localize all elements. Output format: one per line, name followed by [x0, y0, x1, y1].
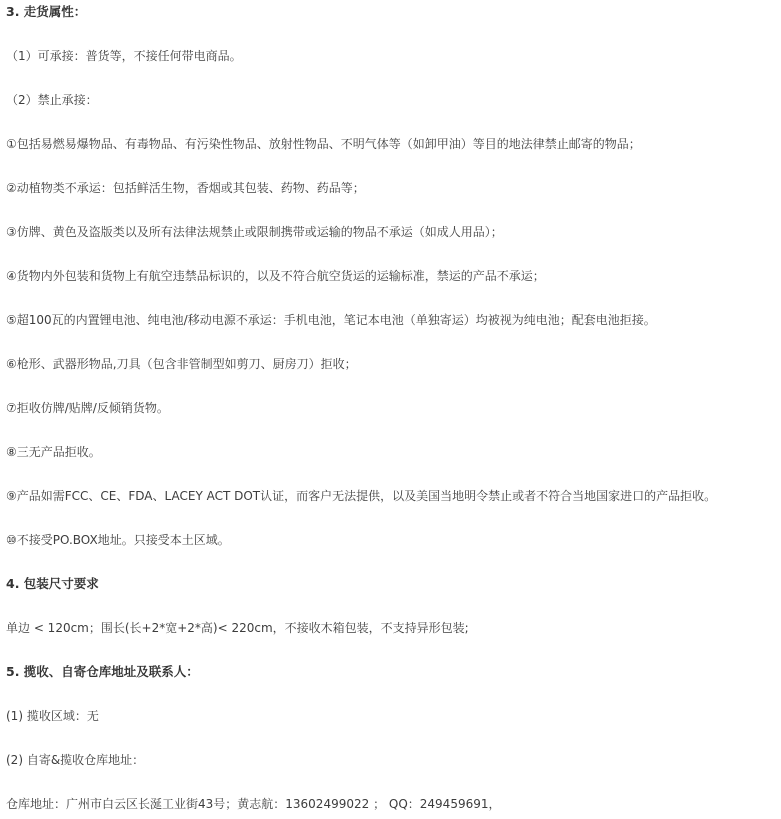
forbidden-item-4: ④货物内外包装和货物上有航空违禁品标识的，以及不符合航空货运的运输标准，禁运的产…	[6, 268, 545, 284]
forbidden-item-3: ③仿牌、黄色及盗版类以及所有法律法规禁止或限制携带或运输的物品不承运（如成人用品…	[6, 224, 503, 240]
can-accept-text: （1）可承接：普货等，不接任何带电商品。	[6, 48, 242, 64]
warehouse-title: (2) 自寄&揽收仓库地址：	[6, 752, 144, 768]
forbidden-item-8: ⑧三无产品拒收。	[6, 444, 101, 460]
forbidden-item-5: ⑤超100瓦的内置锂电池、纯电池/移动电源不承运：手机电池，笔记本电池（单独寄运…	[6, 312, 656, 328]
section-5-heading: 5. 揽收、自寄仓库地址及联系人：	[6, 664, 199, 680]
forbidden-title: （2）禁止承接：	[6, 92, 98, 108]
forbidden-item-6: ⑥枪形、武器形物品,刀具（包含非管制型如剪刀、厨房刀）拒收；	[6, 356, 357, 372]
section-4-heading: 4. 包装尺寸要求	[6, 576, 99, 592]
forbidden-item-9: ⑨产品如需FCC、CE、FDA、LACEY ACT DOT认证，而客户无法提供，…	[6, 488, 716, 504]
forbidden-item-10: ⑩不接受PO.BOX地址。只接受本土区域。	[6, 532, 230, 548]
pickup-area-text: (1) 揽收区域：无	[6, 708, 99, 724]
warehouse-address-text: 仓库地址：广州市白云区长涎工业街43号；黄志航：13602499022 ； QQ…	[6, 796, 501, 812]
document-body: 3. 走货属性： （1）可承接：普货等，不接任何带电商品。 （2）禁止承接： ①…	[0, 0, 781, 819]
forbidden-item-1: ①包括易燃易爆物品、有毒物品、有污染性物品、放射性物品、不明气体等（如卸甲油）等…	[6, 136, 641, 152]
forbidden-item-2: ②动植物类不承运：包括鲜活生物，香烟或其包装、药物、药品等；	[6, 180, 365, 196]
package-size-text: 单边 < 120cm；围长(长+2*宽+2*高)< 220cm，不接收木箱包装，…	[6, 620, 469, 636]
forbidden-item-7: ⑦拒收仿牌/贴牌/反倾销货物。	[6, 400, 169, 416]
section-3-heading: 3. 走货属性：	[6, 4, 86, 20]
